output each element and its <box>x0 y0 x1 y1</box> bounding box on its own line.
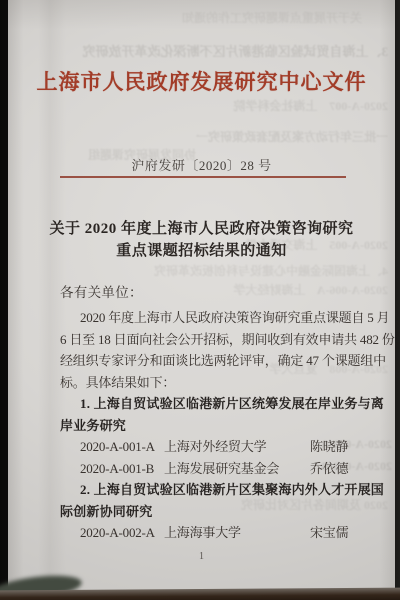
award-row: 2020-A-002-A 上海海事大学 宋宝儒 <box>60 522 352 544</box>
bleedthrough-text: 2020-A-007 上海社会科学院 <box>156 97 388 114</box>
paragraph-line: 标。具体结果如下： <box>60 372 352 394</box>
document-number: 沪府发研〔2020〕28 号 <box>8 155 395 174</box>
document-page: 关于开展重点课题研究工作的通知 3、上海自贸试验区临港新片区不断深化改革开放研究… <box>8 0 395 591</box>
letterhead-rule <box>60 176 346 178</box>
topic-2-heading-line-1: 2. 上海自贸试验区临港新片区集聚海内外人才开展国 <box>60 479 352 501</box>
document-body: 2020 年度上海市人民政府决策咨询研究重点课题自 5 月 6 日至 18 日面… <box>60 307 352 544</box>
institution-name: 上海发展研究基金会 <box>164 458 310 480</box>
table-edge <box>0 588 400 600</box>
project-leader-name: 宋宝儒 <box>310 522 348 544</box>
bleedthrough-text: 3、上海自贸试验区临港新片区不断深化改革开放研究 <box>16 41 388 60</box>
project-leader-name: 乔依德 <box>310 458 348 480</box>
bleedthrough-text: 2020-A-006-A 上海财经大学 <box>148 281 388 298</box>
project-code: 2020-A-001-A <box>80 436 164 458</box>
institution-name: 上海海事大学 <box>164 522 310 544</box>
bleedthrough-text: 一批三年行动方案及配套政策研究一 <box>70 128 388 145</box>
salutation: 各有关单位： <box>60 281 143 301</box>
document-title: 关于 2020 年度上海市人民政府决策咨询研究 重点课题招标结果的通知 <box>8 218 395 262</box>
photo-background: 关于开展重点课题研究工作的通知 3、上海自贸试验区临港新片区不断深化改革开放研究… <box>0 0 400 600</box>
project-code: 2020-A-002-A <box>80 522 164 544</box>
paragraph-line: 2020 年度上海市人民政府决策咨询研究重点课题自 5 月 <box>60 307 352 329</box>
document-title-line-1: 关于 2020 年度上海市人民政府决策咨询研究 <box>8 218 395 240</box>
award-row: 2020-A-001-A 上海对外经贸大学 陈晓静 <box>60 436 352 458</box>
paragraph-line: 6 日至 18 日面向社会公开招标，期间收到有效申请共 482 份。 <box>60 329 352 351</box>
award-row: 2020-A-001-B 上海发展研究基金会 乔依德 <box>60 458 352 480</box>
institution-name: 上海对外经贸大学 <box>164 436 310 458</box>
document-title-line-2: 重点课题招标结果的通知 <box>8 240 395 262</box>
page-number: 1 <box>8 551 395 562</box>
topic-2-heading-line-2: 际创新协同研究 <box>60 501 352 523</box>
bleedthrough-text: 关于开展重点课题研究工作的通知 <box>72 9 362 26</box>
project-leader-name: 陈晓静 <box>310 436 348 458</box>
paragraph-line: 经组织专家评分和面谈比选两轮评审，确定 47 个课题组中 <box>60 350 352 372</box>
topic-1-heading-line-1: 1. 上海自贸试验区临港新片区统筹发展在岸业务与离 <box>60 393 352 415</box>
letterhead-title: 上海市人民政府发展研究中心文件 <box>8 66 395 96</box>
topic-1-heading-line-2: 岸业务研究 <box>60 415 352 437</box>
project-code: 2020-A-001-B <box>80 458 164 480</box>
bleedthrough-text: 4、上海国际金融中心建设与科创板改革研究 <box>126 262 388 279</box>
